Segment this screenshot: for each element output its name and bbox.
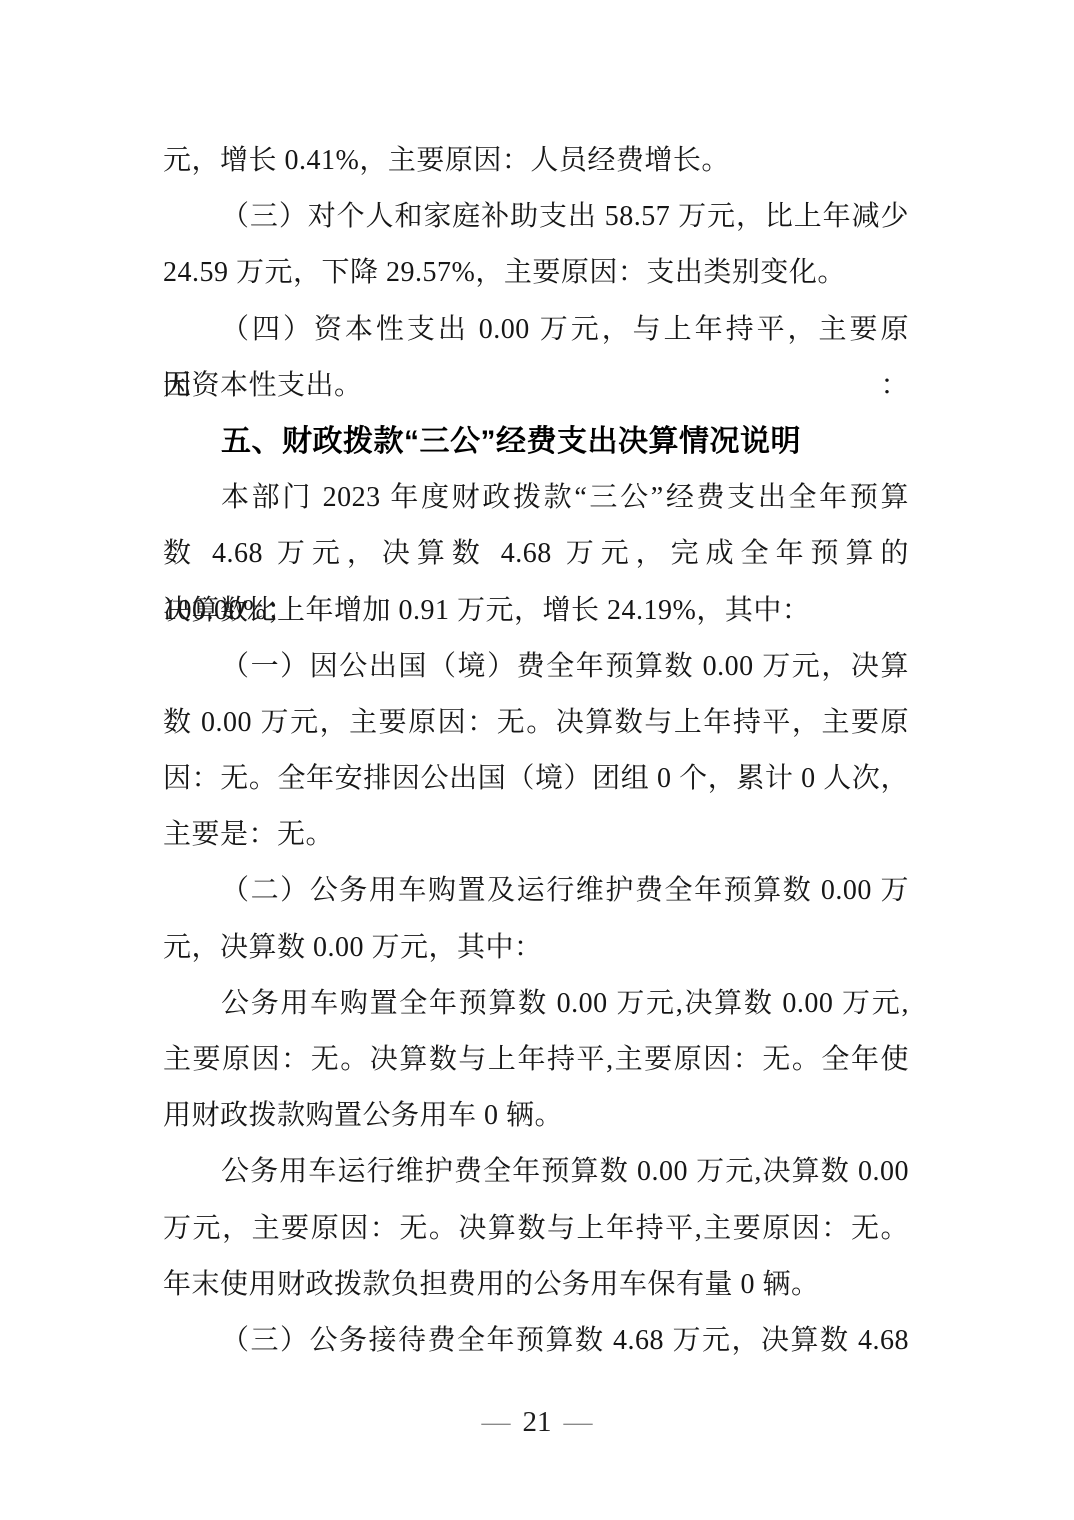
document-line: 元，增长 0.41%，主要原因：人员经费增长。 [163, 133, 909, 189]
document-line: （三）公务接待费全年预算数 4.68 万元，决算数 4.68 [163, 1313, 909, 1369]
document-line: 万元，主要原因：无。决算数与上年持平,主要原因：无。 [163, 1201, 909, 1257]
document-line: 本部门 2023 年度财政拨款“三公”经费支出全年预算 [163, 470, 909, 526]
document-line: 决算数比上年增加 0.91 万元，增长 24.19%，其中： [163, 583, 909, 639]
document-line: 公务用车运行维护费全年预算数 0.00 万元,决算数 0.00 [163, 1144, 909, 1200]
footer-dash-left: — [482, 1406, 511, 1438]
document-line: 公务用车购置全年预算数 0.00 万元,决算数 0.00 万元, [163, 976, 909, 1032]
document-line: 数 4.68 万元，决算数 4.68 万元，完成全年预算的 100.00%； [163, 526, 909, 582]
document-line: （二）公务用车购置及运行维护费全年预算数 0.00 万 [163, 863, 909, 919]
document-line: （一）因公出国（境）费全年预算数 0.00 万元，决算 [163, 639, 909, 695]
document-line: 年末使用财政拨款负担费用的公务用车保有量 0 辆。 [163, 1257, 909, 1313]
document-line: 主要原因：无。决算数与上年持平,主要原因：无。全年使 [163, 1032, 909, 1088]
page-footer: —21— [0, 1402, 1074, 1442]
section-heading: 五、财政拨款“三公”经费支出决算情况说明 [163, 414, 909, 470]
document-line: 因：无。全年安排因公出国（境）团组 0 个，累计 0 人次， [163, 751, 909, 807]
footer-dash-right: — [564, 1406, 593, 1438]
page-number: 21 [523, 1402, 552, 1442]
document-line: 用财政拨款购置公务用车 0 辆。 [163, 1088, 909, 1144]
document-line: 24.59 万元，下降 29.57%，主要原因：支出类别变化。 [163, 245, 909, 301]
document-text-block: 元，增长 0.41%，主要原因：人员经费增长。 （三）对个人和家庭补助支出 58… [163, 133, 909, 1369]
document-line: 数 0.00 万元，主要原因：无。决算数与上年持平，主要原 [163, 695, 909, 751]
document-line: （四）资本性支出 0.00 万元，与上年持平，主要原因： [163, 302, 909, 358]
document-line: 主要是：无。 [163, 807, 909, 863]
document-line: （三）对个人和家庭补助支出 58.57 万元，比上年减少 [163, 189, 909, 245]
document-page: 元，增长 0.41%，主要原因：人员经费增长。 （三）对个人和家庭补助支出 58… [0, 0, 1074, 1520]
document-line: 元，决算数 0.00 万元，其中： [163, 920, 909, 976]
